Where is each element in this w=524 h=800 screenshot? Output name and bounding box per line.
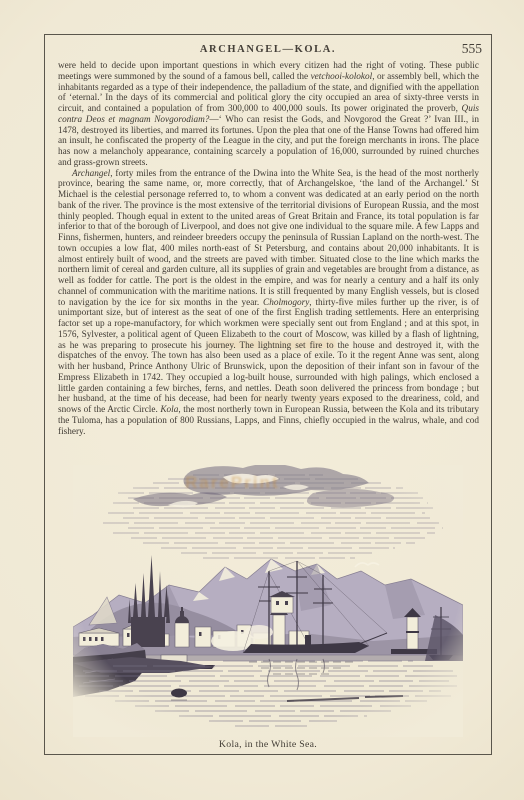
running-head: ARCHANGEL—KOLA.: [45, 44, 491, 55]
paragraph-2: Archangel, forty miles from the entrance…: [58, 169, 479, 438]
book-page: ARCHANGEL—KOLA. 555 were held to decide …: [0, 0, 524, 800]
page-frame: ARCHANGEL—KOLA. 555 were held to decide …: [44, 34, 492, 755]
vignette-fade: [73, 465, 463, 737]
engraving-svg: [73, 465, 463, 737]
paragraph-1: were held to decide upon important quest…: [58, 61, 479, 169]
page-number: 555: [462, 41, 482, 57]
engraving-kola: RarePrint: [73, 465, 463, 737]
illustration-caption: Kola, in the White Sea.: [45, 739, 491, 750]
text-column: were held to decide upon important quest…: [58, 61, 479, 465]
